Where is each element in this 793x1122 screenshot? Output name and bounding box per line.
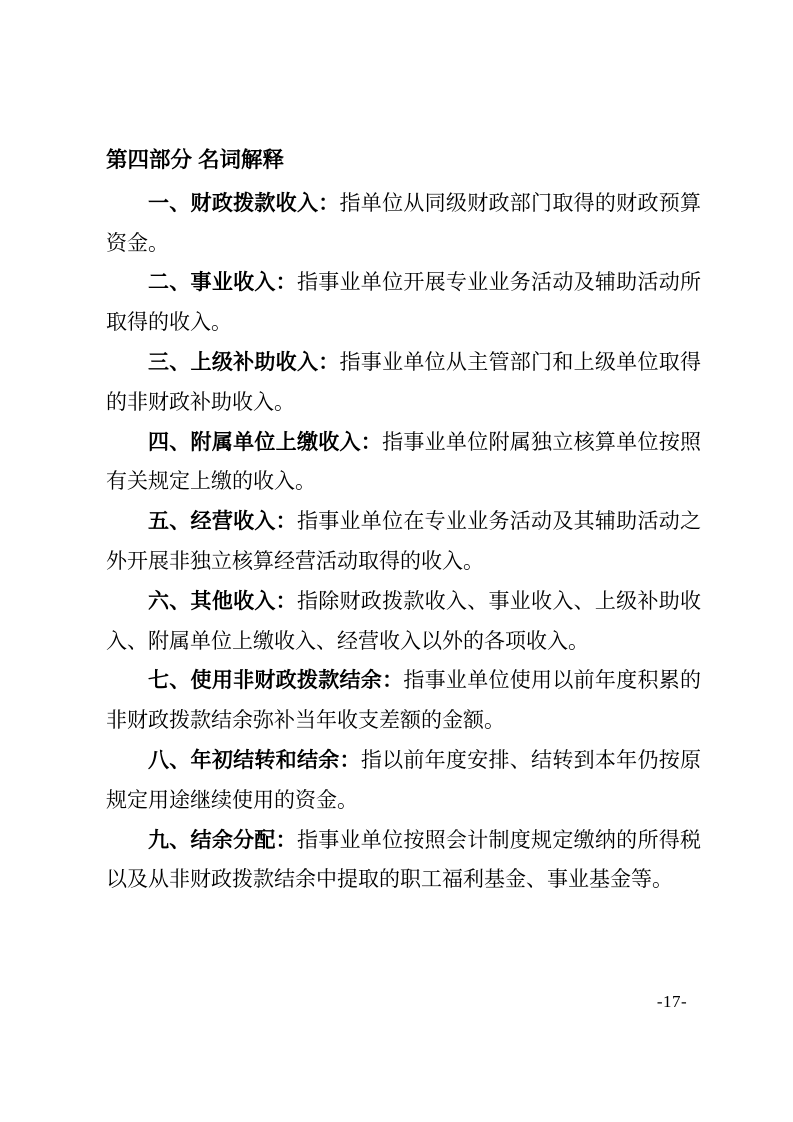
term-paragraph: 六、其他收入：指除财政拨款收入、事业收入、上级补助收入、附属单位上缴收入、经营收… <box>106 582 701 662</box>
terms-list: 一、财政拨款收入：指单位从同级财政部门取得的财政预算资金。 二、事业收入：指事业… <box>106 184 701 900</box>
term-label: 四、附属单位上缴收入： <box>148 431 382 454</box>
document-page: 第四部分 名词解释 一、财政拨款收入：指单位从同级财政部门取得的财政预算资金。 … <box>0 0 793 1122</box>
term-paragraph: 二、事业收入：指事业单位开展专业业务活动及辅助活动所取得的收入。 <box>106 263 701 343</box>
term-paragraph: 九、结余分配：指事业单位按照会计制度规定缴纳的所得税以及从非财政拨款结余中提取的… <box>106 821 701 901</box>
term-paragraph: 七、使用非财政拨款结余：指事业单位使用以前年度积累的非财政拨款结余弥补当年收支差… <box>106 661 701 741</box>
section-heading: 第四部分 名词解释 <box>106 141 701 181</box>
term-paragraph: 五、经营收入：指事业单位在专业业务活动及其辅助活动之外开展非独立核算经营活动取得… <box>106 502 701 582</box>
term-label: 一、财政拨款收入： <box>148 192 340 215</box>
term-paragraph: 一、财政拨款收入：指单位从同级财政部门取得的财政预算资金。 <box>106 184 701 264</box>
term-label: 三、上级补助收入： <box>148 351 340 374</box>
term-label: 六、其他收入： <box>148 590 297 613</box>
term-label: 五、经营收入： <box>148 510 297 533</box>
term-label: 二、事业收入： <box>148 271 297 294</box>
page-number: -17- <box>651 992 693 1012</box>
term-label: 八、年初结转和结余： <box>148 749 361 772</box>
term-paragraph: 八、年初结转和结余：指以前年度安排、结转到本年仍按原规定用途继续使用的资金。 <box>106 741 701 821</box>
term-paragraph: 四、附属单位上缴收入：指事业单位附属独立核算单位按照有关规定上缴的收入。 <box>106 423 701 503</box>
document-content: 第四部分 名词解释 一、财政拨款收入：指单位从同级财政部门取得的财政预算资金。 … <box>106 141 701 900</box>
term-paragraph: 三、上级补助收入：指事业单位从主管部门和上级单位取得的非财政补助收入。 <box>106 343 701 423</box>
term-label: 九、结余分配： <box>148 829 297 852</box>
term-label: 七、使用非财政拨款结余： <box>148 669 403 692</box>
